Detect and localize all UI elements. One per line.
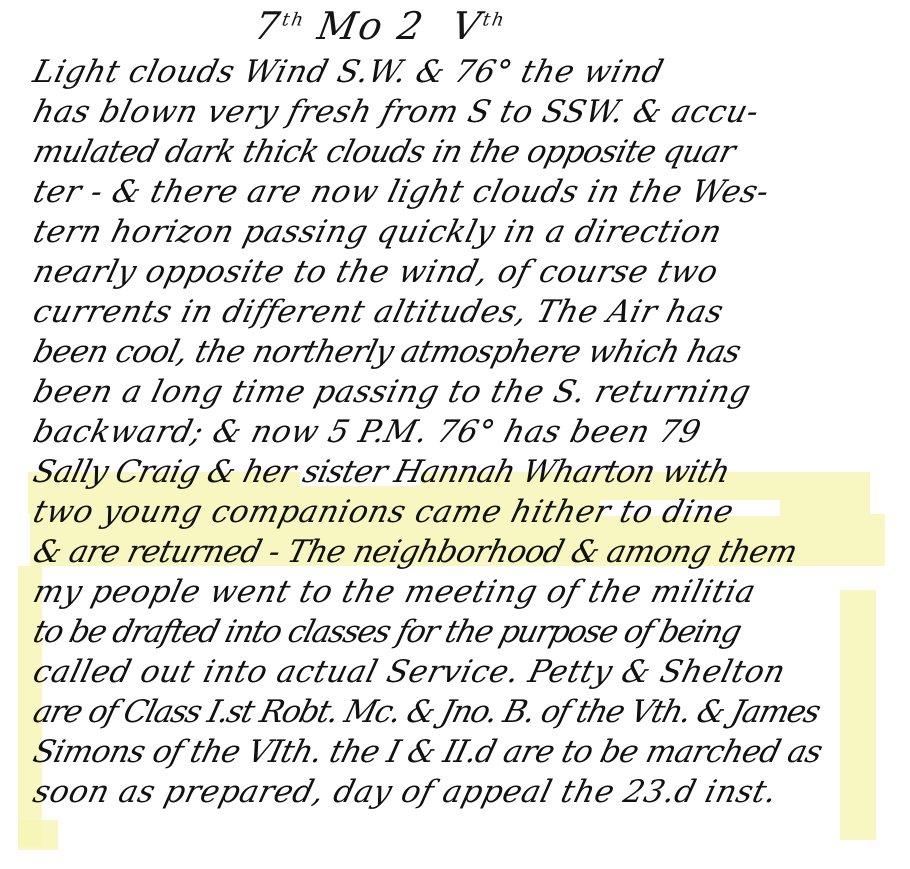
text-line: been a long time passing to the S. retur… [29, 372, 899, 412]
text-line: to be drafted into classes for the purpo… [29, 612, 899, 652]
text-line: two young companions came hither to dine [29, 492, 899, 532]
text-line: soon as prepared, day of appeal the 23.d… [29, 772, 899, 812]
text-line: Light clouds Wind S.W. & 76° the wind [29, 52, 899, 92]
text-line: currents in different altitudes, The Air… [29, 292, 899, 332]
weekday-roman: V [448, 4, 485, 48]
text-line: called out into actual Service. Petty & … [29, 652, 899, 692]
text-line: tern horizon passing quickly in a direct… [29, 212, 899, 252]
text-line: been cool, the northerly atmosphere whic… [29, 332, 899, 372]
text-line: my people went to the meeting of the mil… [29, 572, 899, 612]
month-suffix: th [280, 9, 307, 30]
text-line: ter - & there are now light clouds in th… [29, 172, 899, 212]
entry-date-header: 7th Mo 2 Vth [251, 4, 508, 48]
text-line: mulated dark thick clouds in the opposit… [29, 132, 899, 172]
text-line: Sally Craig & her sister Hannah Wharton … [29, 452, 899, 492]
text-line: nearly opposite to the wind, of course t… [29, 252, 899, 292]
day-number: 2 [394, 4, 428, 48]
entry-body: Light clouds Wind S.W. & 76° the wind ha… [34, 52, 894, 812]
text-line: are of Class I.st Robt. Mc. & Jno. B. of… [29, 692, 899, 732]
text-line: & are returned - The neighborhood & amon… [29, 532, 899, 572]
text-line: Simons of the VIth. the I & II.d are to … [29, 732, 899, 772]
highlight-margin-left-bottom [18, 820, 58, 850]
weekday-suffix: th [481, 9, 508, 30]
text-line: has blown very fresh from S to SSW. & ac… [29, 92, 899, 132]
manuscript-page: 7th Mo 2 Vth Light clouds Wind S.W. & 76… [0, 0, 910, 869]
month-label: Mo [314, 4, 388, 48]
text-line: backward; & now 5 P.M. 76° has been 79 [29, 412, 899, 452]
